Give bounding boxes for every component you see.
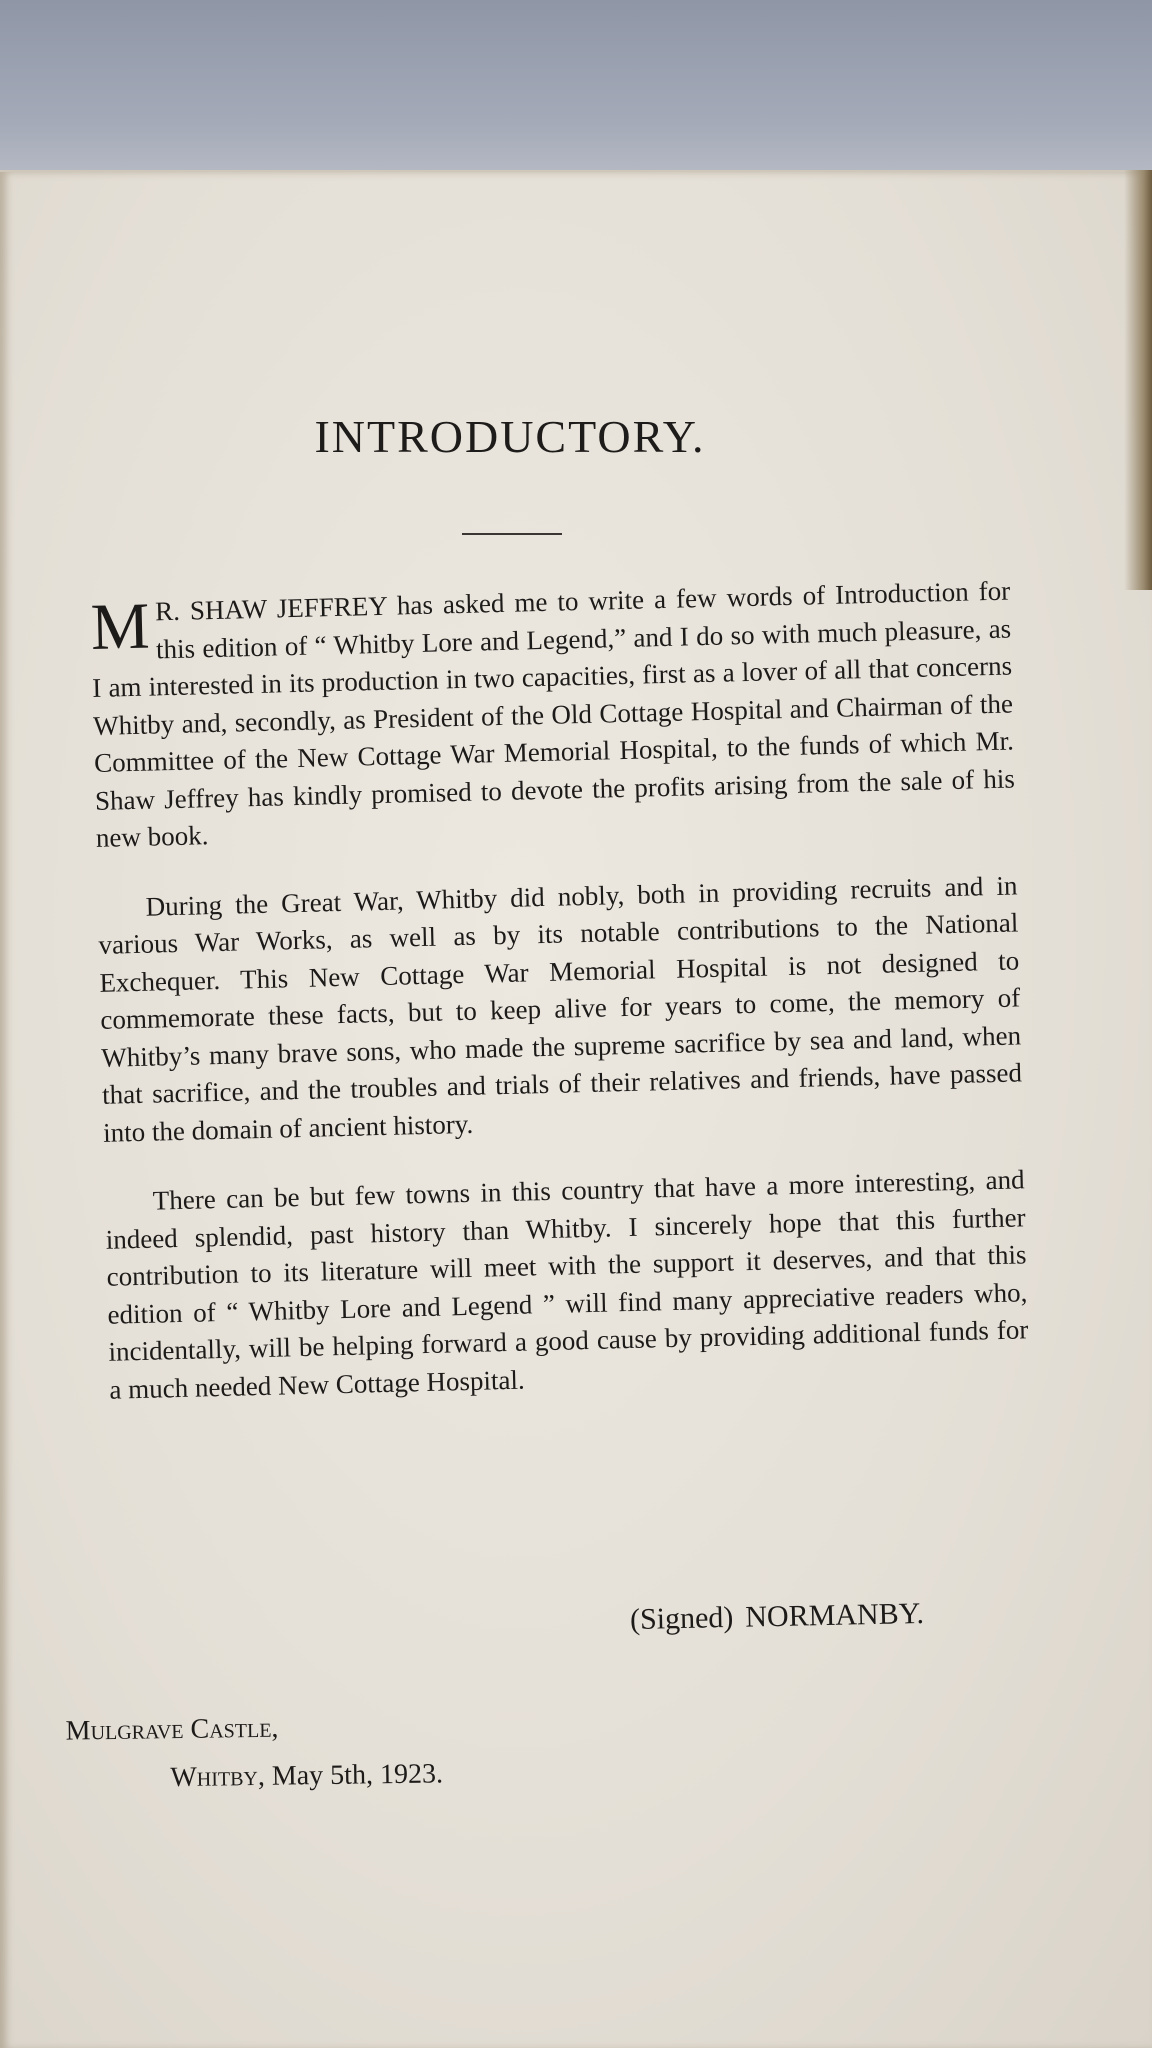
date: May 5th, 1923. <box>265 1758 444 1791</box>
page-title: INTRODUCTORY. <box>0 410 1020 463</box>
place-line-2: Whitby, May 5th, 1923. <box>66 1750 443 1803</box>
signature-prefix: (Signed) <box>630 1601 734 1636</box>
signature-name: NORMANBY. <box>745 1597 924 1634</box>
paragraph-3: There can be but few towns in this count… <box>104 1161 1029 1408</box>
place-and-date: Mulgrave Castle, Whitby, May 5th, 1923. <box>65 1702 443 1803</box>
page-edge <box>1124 170 1152 590</box>
paragraph-1: MR. SHAW JEFFREY has asked me to write a… <box>90 573 1016 858</box>
place-line-1: Mulgrave Castle, <box>65 1702 442 1755</box>
paragraph-2: During the Great War, Whitby did nobly, … <box>97 867 1023 1152</box>
paragraph-1-text: R. SHAW JEFFREY has asked me to write a … <box>92 576 1015 853</box>
drop-cap: M <box>90 596 150 655</box>
signature: (Signed)NORMANBY. <box>630 1597 925 1637</box>
body-text: MR. SHAW JEFFREY has asked me to write a… <box>90 573 1030 1441</box>
title-divider <box>462 533 562 535</box>
place-town: Whitby, <box>170 1761 265 1793</box>
